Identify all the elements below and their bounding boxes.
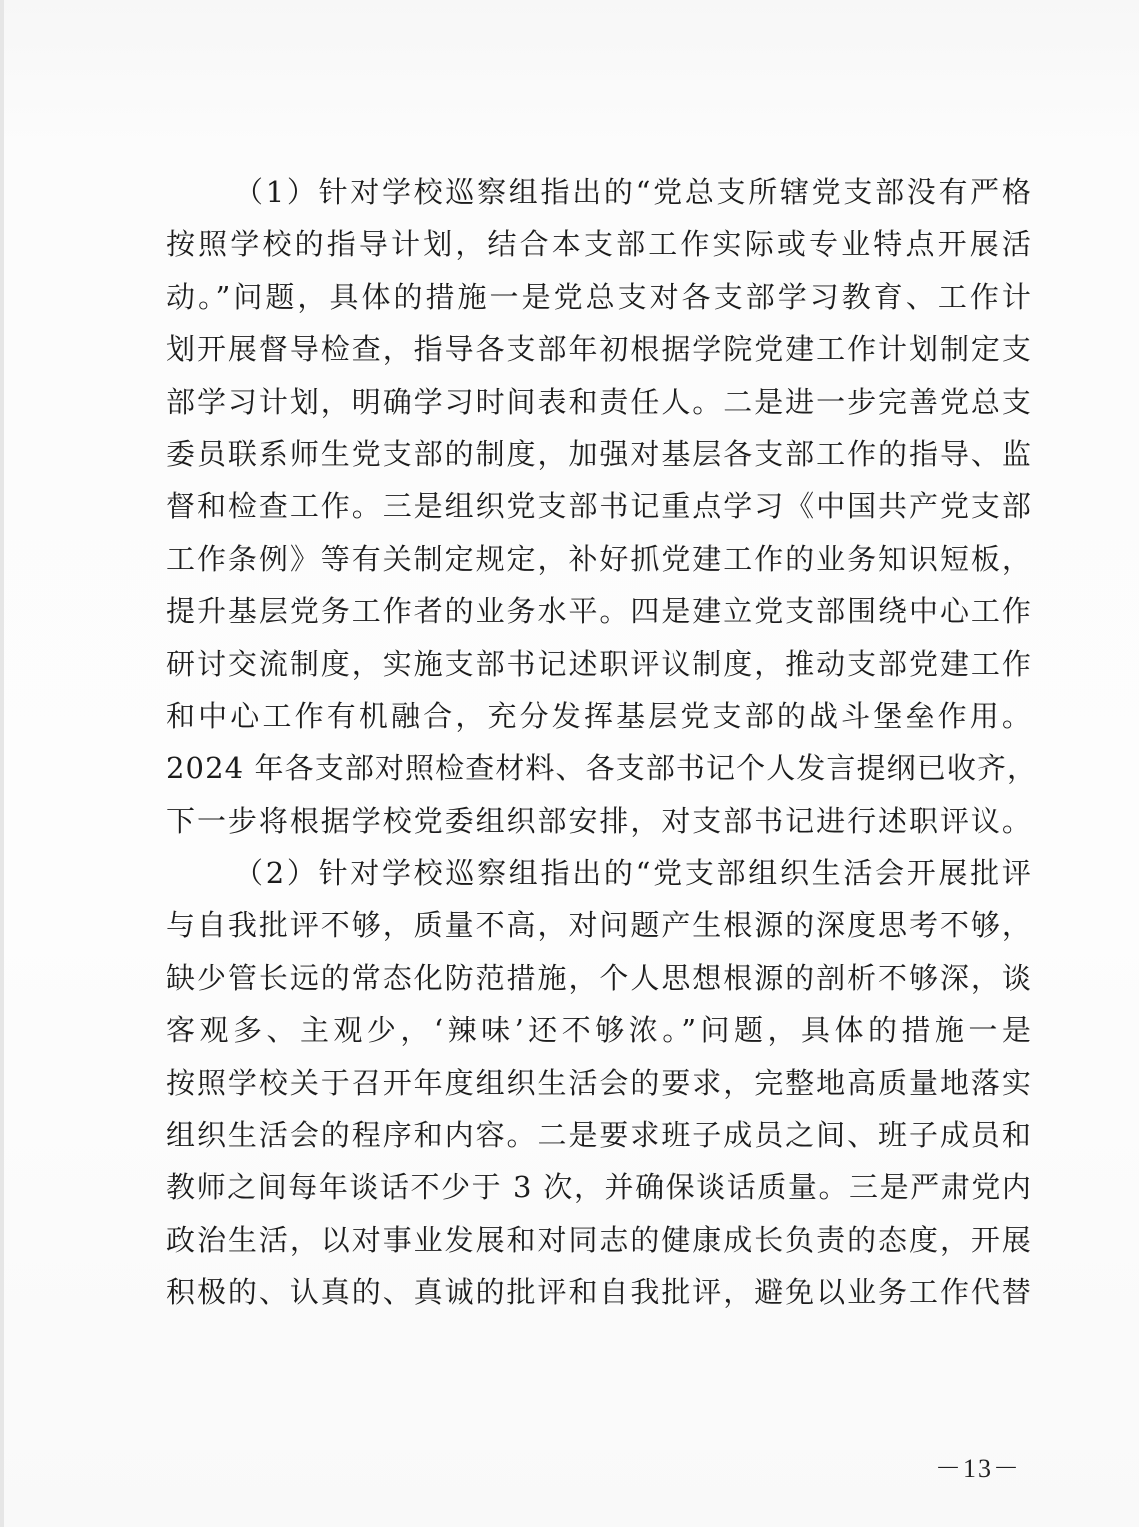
paragraph-2: （2）针对学校巡察组指出的“党支部组织生活会开展批评 与自我批评不够，质量不高，… xyxy=(166,847,1032,1319)
text-line: 客观多、主观少，‘辣味’还不够浓。”问题，具体的措施一是 xyxy=(166,1004,1032,1056)
text-line: 与自我批评不够，质量不高，对问题产生根源的深度思考不够， xyxy=(166,899,1032,951)
document-page: （1）针对学校巡察组指出的“党总支所辖党支部没有严格 按照学校的指导计划，结合本… xyxy=(0,0,1139,1527)
text-line: 工作条例》等有关制定规定，补好抓党建工作的业务知识短板， xyxy=(166,533,1032,585)
text-line: 部学习计划，明确学习时间表和责任人。二是进一步完善党总支 xyxy=(166,376,1032,428)
text-line: 下一步将根据学校党委组织部安排，对支部书记进行述职评议。 xyxy=(166,795,1032,847)
text-line: 组织生活会的程序和内容。二是要求班子成员之间、班子成员和 xyxy=(166,1109,1032,1161)
text-line: （2）针对学校巡察组指出的“党支部组织生活会开展批评 xyxy=(166,847,1032,899)
text-line: 动。”问题，具体的措施一是党总支对各支部学习教育、工作计 xyxy=(166,271,1032,323)
text-line: 督和检查工作。三是组织党支部书记重点学习《中国共产党支部 xyxy=(166,480,1032,532)
text-line: 2024 年各支部对照检查材料、各支部书记个人发言提纲已收齐， xyxy=(166,742,1032,794)
text-line: 委员联系师生党支部的制度，加强对基层各支部工作的指导、监 xyxy=(166,428,1032,480)
text-line: 积极的、认真的、真诚的批评和自我批评，避免以业务工作代替 xyxy=(166,1266,1032,1318)
document-body: （1）针对学校巡察组指出的“党总支所辖党支部没有严格 按照学校的指导计划，结合本… xyxy=(166,166,1032,1319)
text-line: （1）针对学校巡察组指出的“党总支所辖党支部没有严格 xyxy=(166,166,1032,218)
text-line: 按照学校的指导计划，结合本支部工作实际或专业特点开展活 xyxy=(166,218,1032,270)
paragraph-1: （1）针对学校巡察组指出的“党总支所辖党支部没有严格 按照学校的指导计划，结合本… xyxy=(166,166,1032,847)
page-edge xyxy=(0,0,4,1527)
text-line: 政治生活，以对事业发展和对同志的健康成长负责的态度，开展 xyxy=(166,1214,1032,1266)
page-number: －13－ xyxy=(935,1448,1021,1485)
text-line: 提升基层党务工作者的业务水平。四是建立党支部围绕中心工作 xyxy=(166,585,1032,637)
text-line: 研讨交流制度，实施支部书记述职评议制度，推动支部党建工作 xyxy=(166,638,1032,690)
text-line: 按照学校关于召开年度组织生活会的要求，完整地高质量地落实 xyxy=(166,1057,1032,1109)
text-line: 教师之间每年谈话不少于 3 次，并确保谈话质量。三是严肃党内 xyxy=(166,1161,1032,1213)
text-line: 划开展督导检查，指导各支部年初根据学院党建工作计划制定支 xyxy=(166,323,1032,375)
text-line: 和中心工作有机融合，充分发挥基层党支部的战斗堡垒作用。 xyxy=(166,690,1032,742)
text-line: 缺少管长远的常态化防范措施，个人思想根源的剖析不够深，谈 xyxy=(166,952,1032,1004)
